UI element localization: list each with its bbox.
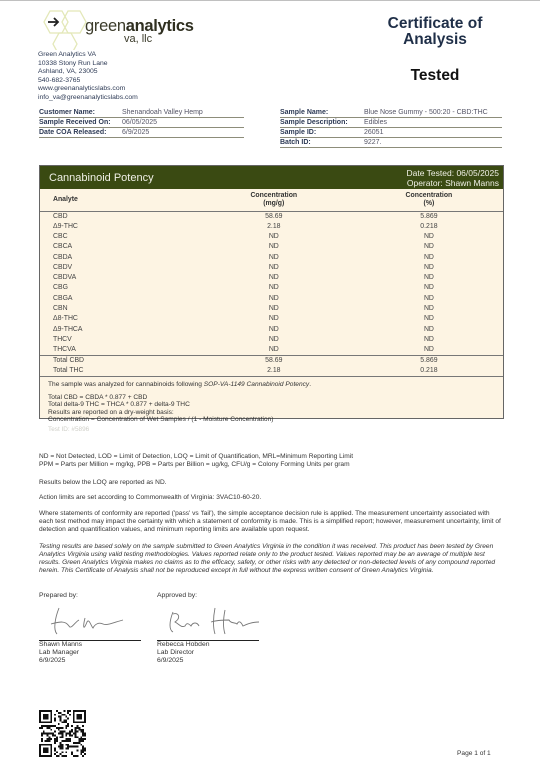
mg-cell: ND <box>193 273 355 283</box>
pct-cell: 0.218 <box>355 222 503 232</box>
pct-cell: ND <box>355 252 503 262</box>
pct-cell: 5.869 <box>355 211 503 222</box>
signature-icon <box>45 604 135 638</box>
action-limits-note: Action limits are set according to Commo… <box>39 494 504 502</box>
table-row: CBCANDND <box>40 242 503 252</box>
analyte-cell: CBCA <box>40 242 193 252</box>
table-row: Δ9-THCANDND <box>40 324 503 334</box>
status-label: Tested <box>370 67 500 85</box>
total-row: Total CBD58.695.869 <box>40 356 503 367</box>
pct-cell: ND <box>355 232 503 242</box>
table-row: CBGNDND <box>40 283 503 293</box>
sample-info: Sample Name:Blue Nose Gummy - 500:20 - C… <box>280 108 502 148</box>
mg-cell: 58.69 <box>193 356 355 367</box>
analyte-cell: CBDV <box>40 263 193 273</box>
pct-cell: ND <box>355 335 503 345</box>
analyte-cell: CBN <box>40 304 193 314</box>
date-tested: Date Tested: 06/05/2025 <box>407 168 499 178</box>
page-top-border <box>0 0 540 1</box>
hexagon-logo-icon <box>38 8 88 50</box>
pct-cell: 0.218 <box>355 366 503 377</box>
col-pct: Concentration(%) <box>355 189 503 211</box>
address-line: Green Analytics VA <box>38 51 138 60</box>
mg-cell: ND <box>193 242 355 252</box>
mg-cell: ND <box>193 335 355 345</box>
table-row: Δ8-THCNDND <box>40 314 503 324</box>
table-row: CBDVNDND <box>40 263 503 273</box>
address-line: 10338 Stony Run Lane <box>38 60 138 69</box>
potency-table: Analyte Concentration(mg/g) Concentratio… <box>40 189 503 377</box>
analyte-cell: Δ9-THCA <box>40 324 193 334</box>
company-logo: greenanalytics va, llc <box>38 8 188 50</box>
table-row: THCVNDND <box>40 335 503 345</box>
table-row: CBDANDND <box>40 252 503 262</box>
document-title: Certificate of Analysis <box>370 16 500 48</box>
signature-icon <box>163 604 263 638</box>
col-mg: Concentration(mg/g) <box>193 189 355 211</box>
info-row: Sample Received On:06/05/2025 <box>39 118 244 128</box>
loq-note: Results below the LOQ are reported as ND… <box>39 479 504 487</box>
abbreviations: ND = Not Detected, LOD = Limit of Detect… <box>39 453 504 469</box>
mg-cell: ND <box>193 263 355 273</box>
analyte-cell: CBDA <box>40 252 193 262</box>
table-row: THCVANDND <box>40 345 503 356</box>
pct-cell: 5.869 <box>355 356 503 367</box>
pct-cell: ND <box>355 273 503 283</box>
cannabinoid-potency-panel: Cannabinoid Potency Date Tested: 06/05/2… <box>39 165 504 419</box>
pct-cell: ND <box>355 242 503 252</box>
formula-thc: Total delta-9 THC = THCA * 0.877 + delta… <box>48 401 495 409</box>
basis-note: Results are reported on a dry-weight bas… <box>48 409 495 417</box>
formula-cbd: Total CBD = CBDA * 0.877 + CBD <box>48 394 495 402</box>
info-row: Sample Description:Edibles <box>280 118 502 128</box>
pct-cell: ND <box>355 263 503 273</box>
pct-cell: ND <box>355 283 503 293</box>
analyte-cell: Δ8-THC <box>40 314 193 324</box>
analyte-cell: CBG <box>40 283 193 293</box>
mg-cell: ND <box>193 294 355 304</box>
info-row: Batch ID:9227. <box>280 138 502 148</box>
analyte-cell: CBGA <box>40 294 193 304</box>
address-line: info_va@greenanalyticslabs.com <box>38 94 138 103</box>
testing-disclaimer: Testing results are based solely on the … <box>39 543 504 575</box>
mg-cell: ND <box>193 345 355 356</box>
lab-address: Green Analytics VA 10338 Stony Run Lane … <box>38 51 138 103</box>
arrow-right-icon <box>48 18 58 26</box>
table-row: CBNNDND <box>40 304 503 314</box>
mg-cell: ND <box>193 283 355 293</box>
table-row: CBCNDND <box>40 232 503 242</box>
table-row: CBDVANDND <box>40 273 503 283</box>
qr-code-icon[interactable] <box>39 710 86 757</box>
mg-cell: ND <box>193 232 355 242</box>
table-row: Δ9-THC2.180.218 <box>40 222 503 232</box>
panel-title: Cannabinoid Potency <box>49 172 154 184</box>
table-row: CBGANDND <box>40 294 503 304</box>
customer-info: Customer Name:Shenandoah Valley Hemp Sam… <box>39 108 244 138</box>
info-row: Date COA Released:6/9/2025 <box>39 128 244 138</box>
pct-cell: ND <box>355 304 503 314</box>
col-analyte: Analyte <box>40 189 193 211</box>
mg-cell: ND <box>193 324 355 334</box>
analyte-cell: Total THC <box>40 366 193 377</box>
mg-cell: ND <box>193 252 355 262</box>
analyte-cell: THCV <box>40 335 193 345</box>
panel-meta: Date Tested: 06/05/2025 Operator: Shawn … <box>407 168 499 188</box>
table-header-row: Analyte Concentration(mg/g) Concentratio… <box>40 189 503 211</box>
pct-cell: ND <box>355 324 503 334</box>
address-line: Ashland, VA, 23005 <box>38 68 138 77</box>
pct-cell: ND <box>355 345 503 356</box>
concentration-note: Concentration = Concentration of Wet Sam… <box>48 416 495 424</box>
table-row: CBD58.695.869 <box>40 211 503 222</box>
info-row: Sample Name:Blue Nose Gummy - 500:20 - C… <box>280 108 502 118</box>
analyte-cell: Δ9-THC <box>40 222 193 232</box>
address-line: www.greenanalyticslabs.com <box>38 85 138 94</box>
mg-cell: 2.18 <box>193 366 355 377</box>
info-row: Customer Name:Shenandoah Valley Hemp <box>39 108 244 118</box>
pct-cell: ND <box>355 314 503 324</box>
analyte-cell: CBC <box>40 232 193 242</box>
mg-cell: ND <box>193 314 355 324</box>
mg-cell: ND <box>193 304 355 314</box>
mg-cell: 2.18 <box>193 222 355 232</box>
analyte-cell: CBDVA <box>40 273 193 283</box>
analyte-cell: Total CBD <box>40 356 193 367</box>
panel-header: Cannabinoid Potency Date Tested: 06/05/2… <box>40 166 503 189</box>
analyte-cell: THCVA <box>40 345 193 356</box>
prepared-by-signature: Prepared by: Shawn Manns Lab Manager 6/9… <box>39 592 149 665</box>
brand-sub: va, llc <box>124 33 152 45</box>
address-line: 540-682-3765 <box>38 77 138 86</box>
method-line: The sample was analyzed for cannabinoids… <box>48 381 495 389</box>
operator: Operator: Shawn Manns <box>407 178 499 188</box>
pct-cell: ND <box>355 294 503 304</box>
total-row: Total THC2.180.218 <box>40 366 503 377</box>
mg-cell: 58.69 <box>193 211 355 222</box>
method-notes: The sample was analyzed for cannabinoids… <box>40 377 503 434</box>
approved-by-signature: Approved by: Rebecca Hobden Lab Director… <box>157 592 267 665</box>
conformity-note: Where statements of conformity are repor… <box>39 510 504 534</box>
test-id: Test ID: #5896 <box>48 426 495 434</box>
analyte-cell: CBD <box>40 211 193 222</box>
info-row: Sample ID:26051 <box>280 128 502 138</box>
page-number: Page 1 of 1 <box>457 750 491 757</box>
